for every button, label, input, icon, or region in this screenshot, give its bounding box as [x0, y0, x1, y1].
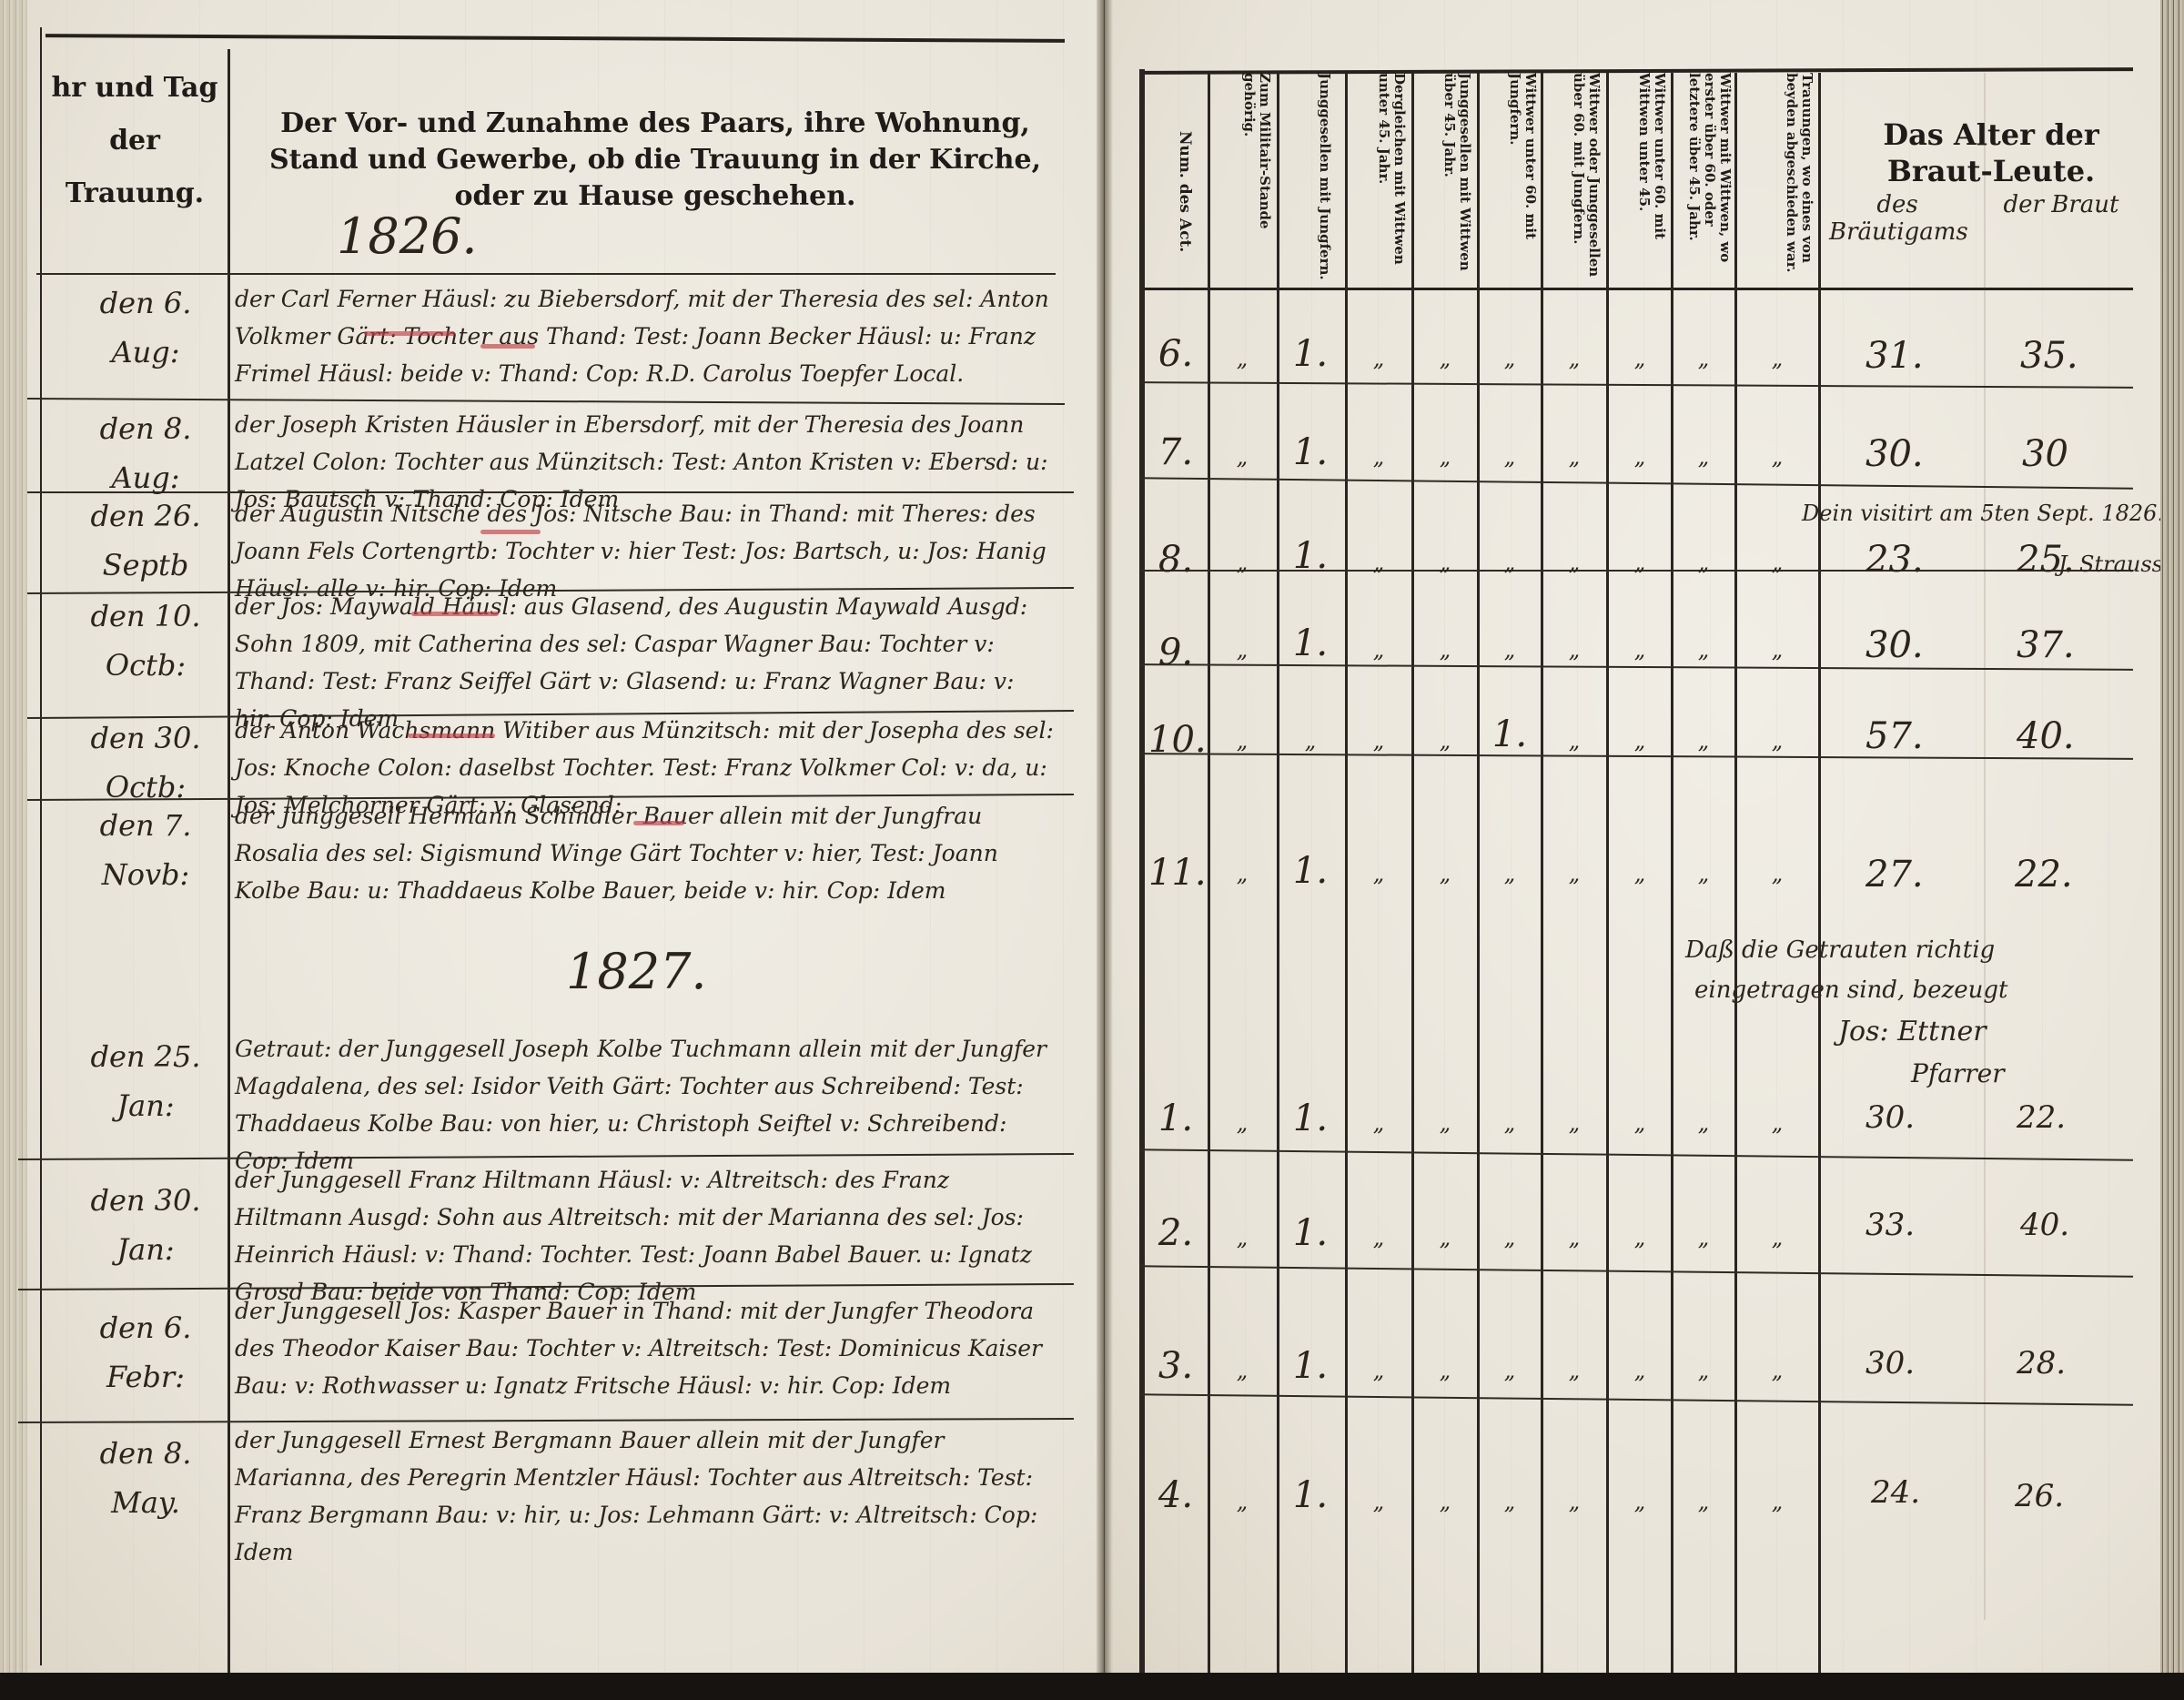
act-number: 3.	[1148, 1345, 1203, 1387]
cell: „	[1675, 1358, 1732, 1383]
year-1826: 1826.	[337, 207, 478, 265]
groom-age: 23.	[1865, 539, 1924, 581]
cell: „	[1545, 1358, 1603, 1383]
date-month: Septb	[82, 541, 209, 590]
column-header-widower-under60-maiden: Wittwer unter 60. mit Jungfern.	[1481, 69, 1538, 282]
bride-age: 22.	[2017, 1099, 2066, 1136]
cell: 1.	[1281, 1345, 1340, 1387]
column-rule	[1734, 73, 1737, 1700]
visitation-note: Dein visitirt am 5ten Sept. 1826.	[1802, 495, 2164, 531]
cell: „	[1675, 1489, 1732, 1514]
column-header-widower-widow: Wittwer unter 60. mit Wittwen unter 45.	[1611, 69, 1667, 282]
cell: „	[1675, 861, 1732, 886]
cell: „	[1675, 444, 1732, 470]
cell: „	[1611, 346, 1669, 371]
groom-age: 31.	[1865, 335, 1924, 377]
red-pencil-mark	[364, 331, 455, 336]
date-month: Aug:	[82, 328, 209, 377]
column-header-num: Num. des Act.	[1156, 127, 1192, 268]
cell: 1.	[1281, 622, 1340, 664]
cell: „	[1416, 1110, 1474, 1136]
act-number: 7.	[1148, 431, 1203, 473]
header-top-rule	[45, 34, 1065, 43]
cell: 1.	[1281, 333, 1340, 375]
cell: „	[1545, 346, 1603, 371]
cell: „	[1215, 346, 1269, 371]
red-pencil-mark	[633, 821, 684, 825]
entry-date: den 30. Octb:	[82, 713, 209, 812]
date-month: Febr:	[82, 1352, 209, 1401]
page-stack-edge	[0, 0, 27, 1700]
act-number: 2.	[1148, 1212, 1203, 1254]
cell: „	[1739, 728, 1815, 754]
entry-text: Getraut: der Junggesell Joseph Kolbe Tuc…	[235, 1030, 1054, 1179]
cell: „	[1611, 861, 1669, 886]
cell: „	[1215, 728, 1269, 754]
entry-date: den 6. Aug:	[82, 278, 209, 377]
cell: „	[1611, 550, 1669, 575]
column-rule	[1277, 73, 1279, 1700]
date-column-divider	[227, 49, 230, 1700]
cell: „	[1350, 550, 1408, 575]
cell: „	[1481, 1110, 1538, 1136]
date-day: den 6.	[82, 278, 209, 328]
visitation-signature: J. Strauss	[2058, 546, 2163, 582]
cell: „	[1350, 444, 1408, 470]
cell: „	[1611, 1225, 1669, 1250]
cell: „	[1545, 1225, 1603, 1250]
cell: „	[1350, 1489, 1408, 1514]
page-stack-edge	[2160, 0, 2184, 1700]
date-column-header: hr und Tag der Trauung.	[51, 62, 218, 220]
act-number: 9.	[1148, 632, 1203, 673]
book-shadow	[0, 1673, 2184, 1700]
column-rule	[1411, 73, 1414, 1700]
column-rule	[1139, 69, 1145, 1700]
cell: „	[1416, 550, 1474, 575]
header-line: der	[51, 115, 218, 167]
cell: „	[1481, 1225, 1538, 1250]
cell: „	[1545, 637, 1603, 663]
cell: „	[1611, 728, 1669, 754]
red-pencil-mark	[411, 612, 499, 616]
cell: „	[1481, 637, 1538, 663]
cell: „	[1215, 1110, 1269, 1136]
date-day: den 6.	[82, 1303, 209, 1352]
cell: „	[1215, 637, 1269, 663]
cell: „	[1416, 861, 1474, 886]
date-month: Novb:	[82, 850, 209, 899]
cell: „	[1416, 1358, 1474, 1383]
cell: „	[1215, 1225, 1269, 1250]
cell: „	[1675, 637, 1732, 663]
act-number: 10.	[1148, 719, 1203, 761]
column-rule	[1671, 73, 1673, 1700]
column-rule-faint	[1984, 73, 1986, 1620]
groom-age: 30.	[1865, 433, 1924, 475]
act-number: 8.	[1148, 539, 1203, 581]
certification-title: Pfarrer	[1911, 1056, 2005, 1092]
bride-age: 40.	[2020, 1207, 2069, 1243]
book-gutter	[1097, 0, 1112, 1700]
cell: „	[1416, 637, 1474, 663]
entry-date: den 10. Octb:	[82, 592, 209, 690]
entry-date: den 8. May.	[82, 1429, 209, 1527]
cell: „	[1481, 346, 1538, 371]
groom-age: 30.	[1865, 1345, 1915, 1381]
cell: „	[1545, 1110, 1603, 1136]
bride-age: 37.	[2017, 624, 2075, 666]
column-header-bachelor-widow-under45: Dergleichen mit Wittwen unter 45. Jahr.	[1350, 69, 1407, 282]
entry-date: den 6. Febr:	[82, 1303, 209, 1401]
cell: „	[1416, 728, 1474, 754]
cell: „	[1675, 1225, 1732, 1250]
bride-age: 22.	[2015, 854, 2073, 896]
groom-age: 33.	[1865, 1207, 1915, 1243]
cell: 1.	[1281, 535, 1340, 577]
cell: „	[1481, 861, 1538, 886]
cell: „	[1215, 1489, 1269, 1514]
column-rule	[1208, 73, 1210, 1700]
entry-text: der Carl Ferner Häusl: zu Biebersdorf, m…	[235, 280, 1054, 392]
cell: „	[1416, 1225, 1474, 1250]
left-page: hr und Tag der Trauung. Der Vor- und Zun…	[0, 0, 1097, 1700]
entry-date: den 8. Aug:	[82, 404, 209, 502]
cell: „	[1416, 1489, 1474, 1514]
cell: 1.	[1281, 1212, 1340, 1254]
cell: „	[1215, 1358, 1269, 1383]
column-header-bachelor-widow-over45: Junggesellen mit Wittwen über 45. Jahr.	[1416, 69, 1472, 282]
act-number: 6.	[1148, 333, 1203, 375]
bride-age: 35.	[2020, 335, 2078, 377]
act-number: 4.	[1148, 1474, 1203, 1516]
certification-line-1: Daß die Getrauten richtig	[1685, 932, 1995, 968]
cell: „	[1545, 728, 1603, 754]
column-rule	[1345, 73, 1348, 1700]
cell: „	[1675, 1110, 1732, 1136]
entry-text: der Junggesell Ernest Bergmann Bauer all…	[235, 1422, 1054, 1571]
bride-age: 28.	[2017, 1345, 2066, 1381]
groom-age-label: des Bräutigams	[1829, 191, 1966, 246]
header-line: Trauung.	[51, 167, 218, 220]
entry-date: den 26. Septb	[82, 491, 209, 590]
cell: 1.	[1281, 1474, 1340, 1516]
date-day: den 10.	[82, 592, 209, 641]
cell: „	[1281, 728, 1340, 754]
cell: 1.	[1481, 713, 1538, 755]
column-header-widower-widow-over: Wittwer mit Wittwen, wo erster über 60. …	[1676, 69, 1733, 282]
cell: „	[1739, 637, 1815, 663]
act-number: 1.	[1148, 1098, 1203, 1139]
cell: „	[1481, 444, 1538, 470]
cell: 1.	[1281, 1098, 1340, 1139]
bride-age-label: der Braut	[2002, 191, 2120, 218]
column-rule	[1818, 73, 1821, 1700]
date-day: den 25.	[82, 1032, 209, 1081]
cell: „	[1739, 550, 1815, 575]
entry-text: der Junggesell Franz Hiltmann Häusl: v: …	[235, 1161, 1054, 1310]
cell: 1.	[1281, 431, 1340, 473]
cell: „	[1215, 861, 1269, 886]
groom-age: 30.	[1865, 624, 1924, 666]
entry-date: den 25. Jan:	[82, 1032, 209, 1130]
bride-age: 40.	[2017, 715, 2075, 757]
cell: „	[1675, 728, 1732, 754]
column-rule	[1477, 73, 1480, 1700]
cell: „	[1739, 346, 1815, 371]
date-day: den 26.	[82, 491, 209, 541]
act-number: 11.	[1148, 852, 1203, 894]
cell: „	[1215, 444, 1269, 470]
age-column-header: Das Alter der Braut-Leute.	[1845, 116, 2137, 189]
bride-age: 26.	[2015, 1478, 2064, 1514]
cell: „	[1350, 1358, 1408, 1383]
column-rule	[1606, 73, 1609, 1700]
cell: „	[1350, 1225, 1408, 1250]
cell: „	[1739, 1225, 1815, 1250]
cell: „	[1481, 550, 1538, 575]
cell: „	[1545, 550, 1603, 575]
groom-age: 27.	[1865, 854, 1924, 896]
certification-line-2: eingetragen sind, bezeugt	[1694, 972, 2007, 1008]
cell: „	[1481, 1358, 1538, 1383]
cell: „	[1350, 346, 1408, 371]
cell: „	[1739, 1489, 1815, 1514]
cell: „	[1416, 346, 1474, 371]
cell: „	[1350, 637, 1408, 663]
column-header-bachelor-maiden: Junggesellen mit Jungfern.	[1292, 69, 1332, 282]
cell: „	[1215, 550, 1269, 575]
cell: „	[1675, 346, 1732, 371]
red-pencil-mark	[480, 344, 535, 349]
date-month: Jan:	[82, 1081, 209, 1130]
red-pencil-mark	[408, 734, 495, 738]
ledger-book: hr und Tag der Trauung. Der Vor- und Zun…	[0, 0, 2184, 1700]
groom-age: 57.	[1865, 715, 1924, 757]
entry-divider	[36, 273, 1056, 275]
entry-date: den 7. Novb:	[82, 801, 209, 899]
entry-column-header: Der Vor- und Zunahme des Paars, ihre Woh…	[246, 106, 1065, 215]
cell: „	[1739, 861, 1815, 886]
date-month: May.	[82, 1478, 209, 1527]
date-day: den 7.	[82, 801, 209, 850]
cell: „	[1545, 1489, 1603, 1514]
column-header-widower-over60-maiden: Wittwer oder Junggesellen über 60. mit J…	[1547, 69, 1602, 282]
entry-date: den 30. Jan:	[82, 1176, 209, 1274]
entry-text: der Junggesell Hermann Schindler Bauer a…	[235, 797, 1054, 909]
column-header-divorced: Trauungen, wo eines von beyden abgeschie…	[1742, 69, 1815, 282]
cell: „	[1350, 1110, 1408, 1136]
bride-age: 30	[2022, 433, 2068, 475]
groom-age: 24.	[1871, 1474, 1920, 1511]
cell: „	[1481, 1489, 1538, 1514]
cell: „	[1350, 861, 1408, 886]
date-day: den 8.	[82, 404, 209, 453]
date-day: den 8.	[82, 1429, 209, 1478]
cell: „	[1545, 444, 1603, 470]
cell: „	[1611, 1110, 1669, 1136]
cell: „	[1739, 444, 1815, 470]
certification-signer: Jos: Ettner	[1838, 1014, 1987, 1050]
groom-age: 30.	[1865, 1099, 1915, 1136]
cell: „	[1739, 1110, 1815, 1136]
date-day: den 30.	[82, 713, 209, 763]
cell: „	[1611, 637, 1669, 663]
cell: „	[1416, 444, 1474, 470]
cell: „	[1675, 550, 1732, 575]
date-month: Octb:	[82, 641, 209, 690]
cell: „	[1545, 861, 1603, 886]
date-month: Jan:	[82, 1225, 209, 1274]
date-day: den 30.	[82, 1176, 209, 1225]
column-rule	[1541, 73, 1543, 1700]
cell: „	[1611, 444, 1669, 470]
year-1827: 1827.	[566, 943, 707, 1000]
cell: „	[1350, 728, 1408, 754]
cell: „	[1739, 1358, 1815, 1383]
cell: 1.	[1281, 850, 1340, 892]
entry-text: der Junggesell Jos: Kasper Bauer in Than…	[235, 1292, 1054, 1404]
header-line: hr und Tag	[51, 62, 218, 115]
cell: „	[1611, 1489, 1669, 1514]
red-pencil-mark	[480, 530, 541, 534]
cell: „	[1611, 1358, 1669, 1383]
column-header-military: Zum Militair-Stande gehörig.	[1214, 69, 1272, 282]
